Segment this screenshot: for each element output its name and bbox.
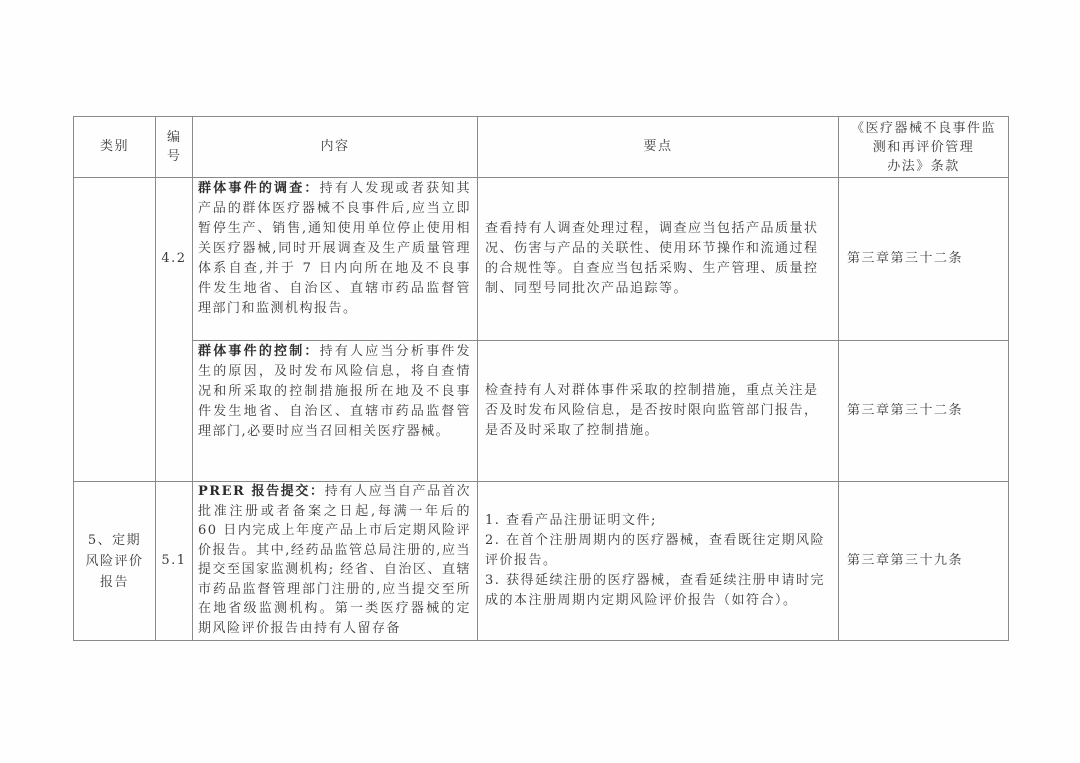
content-cell: 群体事件的控制：持有人应当分析事件发生的原因，及时发布风险信息，将自查情况和所采… [193,341,478,482]
content-cell: PRER 报告提交：持有人应当自产品首次批准注册或者备案之日起,每满一年后的 6… [193,482,478,641]
clause-cell: 第三章第三十二条 [839,341,1009,482]
key-points-cell: 检查持有人对群体事件采取的控制措施，重点关注是否及时发布风险信息，是否按时限向监… [478,341,839,482]
content-body: 持有人发现或者获知其产品的群体医疗器械不良事件后,应当立即暂停生产、销售,通知使… [198,181,471,316]
header-content: 内容 [193,117,478,178]
key-point-item: 3. 获得延续注册的医疗器械，查看延续注册申请时完成的本注册周期内定期风险评价报… [485,571,830,611]
table-row: 4.2 群体事件的调查：持有人发现或者获知其产品的群体医疗器械不良事件后,应当立… [74,178,1009,341]
key-point-item: 1. 查看产品注册证明文件; [485,511,830,531]
number-cell: 4.2 [156,178,193,482]
key-point-item: 2. 在首个注册周期内的医疗器械，查看既往定期风险评价报告。 [485,531,830,571]
header-number: 编号 [156,117,193,178]
content-clip: PRER 报告提交：持有人应当自产品首次批准注册或者备案之日起,每满一年后的 6… [198,482,471,640]
document-page: 类别 编号 内容 要点 《医疗器械不良事件监 测和再评价管理 办法》条款 4.2… [0,0,1080,763]
clause-cell: 第三章第三十二条 [839,178,1009,341]
header-clause-line1: 《医疗器械不良事件监 [839,119,1008,138]
content-lead: 群体事件的调查： [198,181,320,196]
header-key-points: 要点 [478,117,839,178]
category-cell [74,178,156,482]
number-text: 4.2 [156,178,192,339]
table-row: 群体事件的控制：持有人应当分析事件发生的原因，及时发布风险信息，将自查情况和所采… [74,341,1009,482]
content-body: 持有人应当自产品首次批准注册或者备案之日起,每满一年后的 60 日内完成上年度产… [198,484,471,636]
header-category: 类别 [74,117,156,178]
content-lead: 群体事件的控制： [198,344,320,359]
key-points-cell: 查看持有人调查处理过程，调查应当包括产品质量状况、伤害与产品的关联性、使用环节操… [478,178,839,341]
header-clause-line3: 办法》条款 [839,157,1008,176]
category-text: 5、定期风险评价报告 [83,530,147,593]
table-row: 5、定期风险评价报告 5.1 PRER 报告提交：持有人应当自产品首次批准注册或… [74,482,1009,641]
table-header-row: 类别 编号 内容 要点 《医疗器械不良事件监 测和再评价管理 办法》条款 [74,117,1009,178]
content-cell: 群体事件的调查：持有人发现或者获知其产品的群体医疗器械不良事件后,应当立即暂停生… [193,178,478,341]
header-clause: 《医疗器械不良事件监 测和再评价管理 办法》条款 [839,117,1009,178]
clause-cell: 第三章第三十九条 [839,482,1009,641]
number-cell: 5.1 [156,482,193,641]
header-number-text: 编号 [167,128,181,166]
content-lead: PRER 报告提交： [198,484,325,499]
inspection-table: 类别 编号 内容 要点 《医疗器械不良事件监 测和再评价管理 办法》条款 4.2… [73,116,1009,641]
category-cell: 5、定期风险评价报告 [74,482,156,641]
key-points-cell: 1. 查看产品注册证明文件; 2. 在首个注册周期内的医疗器械，查看既往定期风险… [478,482,839,641]
header-clause-line2: 测和再评价管理 [839,138,1008,157]
